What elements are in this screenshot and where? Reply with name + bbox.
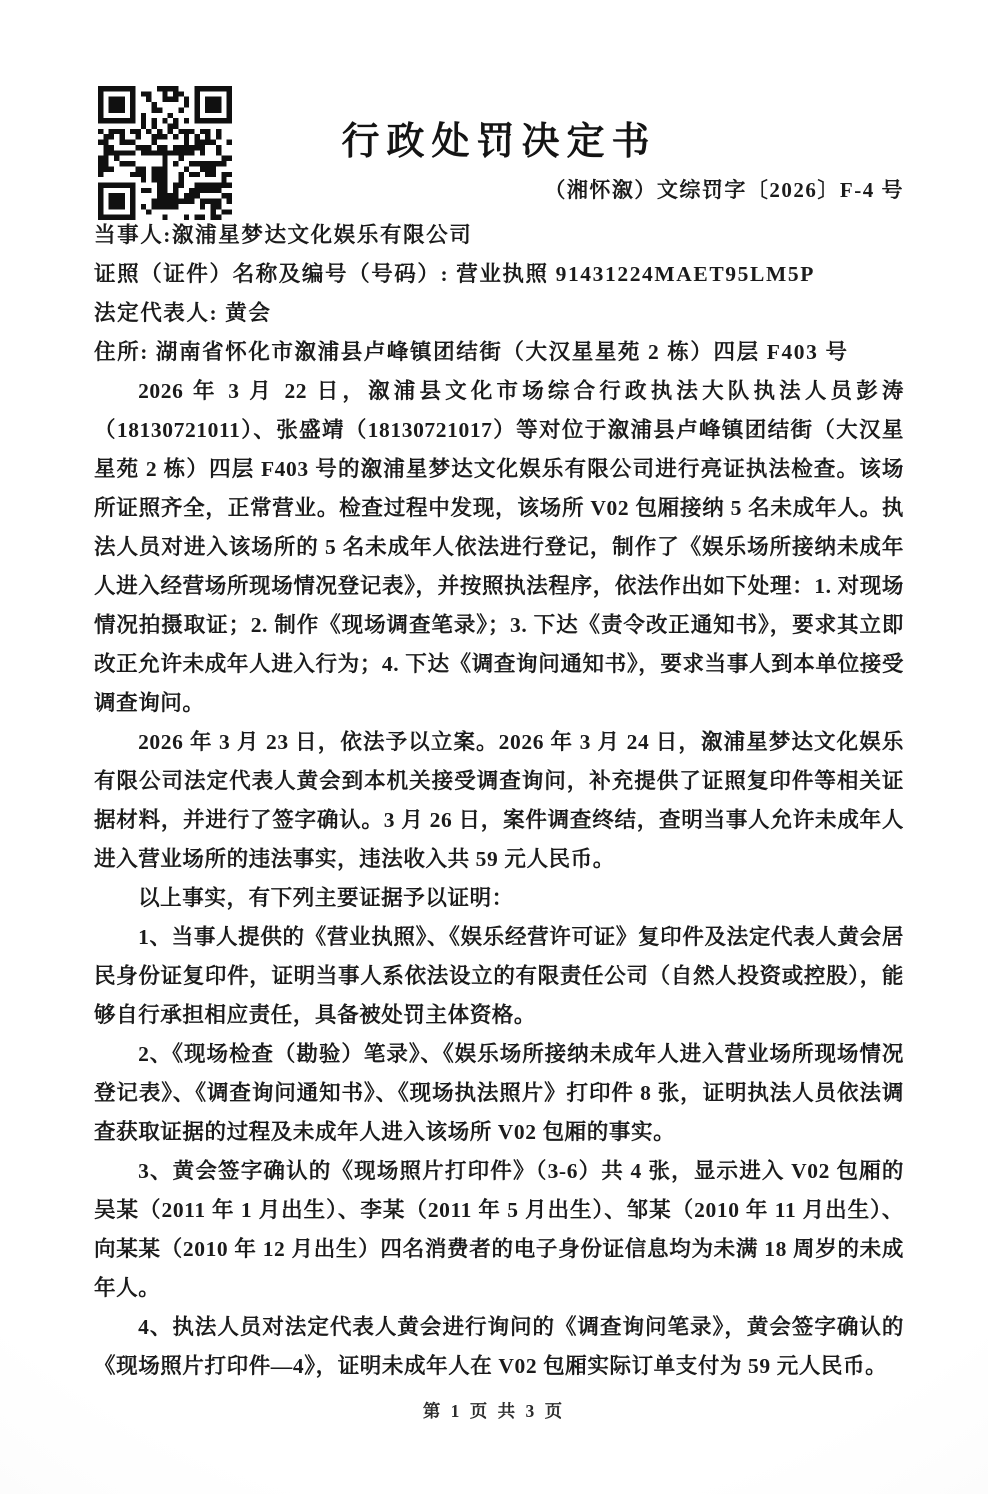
para-evidence-4: 4、执法人员对法定代表人黄会进行询问的《调查询问笔录》，黄会签字确认的《现场照片… (94, 1308, 904, 1386)
document-header: 行政处罚决定书 （湘怀溆）文综罚字〔2026〕F-4 号 (94, 86, 904, 204)
field-legal-representative: 法定代表人: 黄会 (94, 294, 904, 333)
para-evidence-1: 1、当事人提供的《营业执照》、《娱乐经营许可证》复印件及法定代表人黄会居民身份证… (94, 918, 904, 1035)
para-case-filing: 2026 年 3 月 23 日，依法予以立案。2026 年 3 月 24 日，溆… (94, 723, 904, 879)
penalty-decision-page: 行政处罚决定书 （湘怀溆）文综罚字〔2026〕F-4 号 当事人:溆浦星梦达文化… (0, 0, 988, 1494)
para-inspection-facts: 2026 年 3 月 22 日，溆浦县文化市场综合行政执法大队执法人员彭涛（18… (94, 372, 904, 723)
field-address: 住所: 湖南省怀化市溆浦县卢峰镇团结街（大汉星星苑 2 栋）四层 F403 号 (94, 333, 904, 372)
qr-code-icon (95, 86, 235, 220)
field-party: 当事人:溆浦星梦达文化娱乐有限公司 (94, 216, 904, 255)
page-footer: 第 1 页 共 3 页 (0, 1398, 988, 1423)
para-evidence-2: 2、《现场检查（勘验）笔录》、《娱乐场所接纳未成年人进入营业场所现场情况登记表》… (94, 1035, 904, 1152)
field-license-number: 证照（证件）名称及编号（号码）: 营业执照 91431224MAET95LM5P (94, 255, 904, 294)
document-body: 当事人:溆浦星梦达文化娱乐有限公司 证照（证件）名称及编号（号码）: 营业执照 … (94, 216, 904, 1386)
para-evidence-intro: 以上事实，有下列主要证据予以证明： (94, 879, 904, 918)
para-evidence-3: 3、黄会签字确认的《现场照片打印件》（3-6）共 4 张，显示进入 V02 包厢… (94, 1152, 904, 1308)
